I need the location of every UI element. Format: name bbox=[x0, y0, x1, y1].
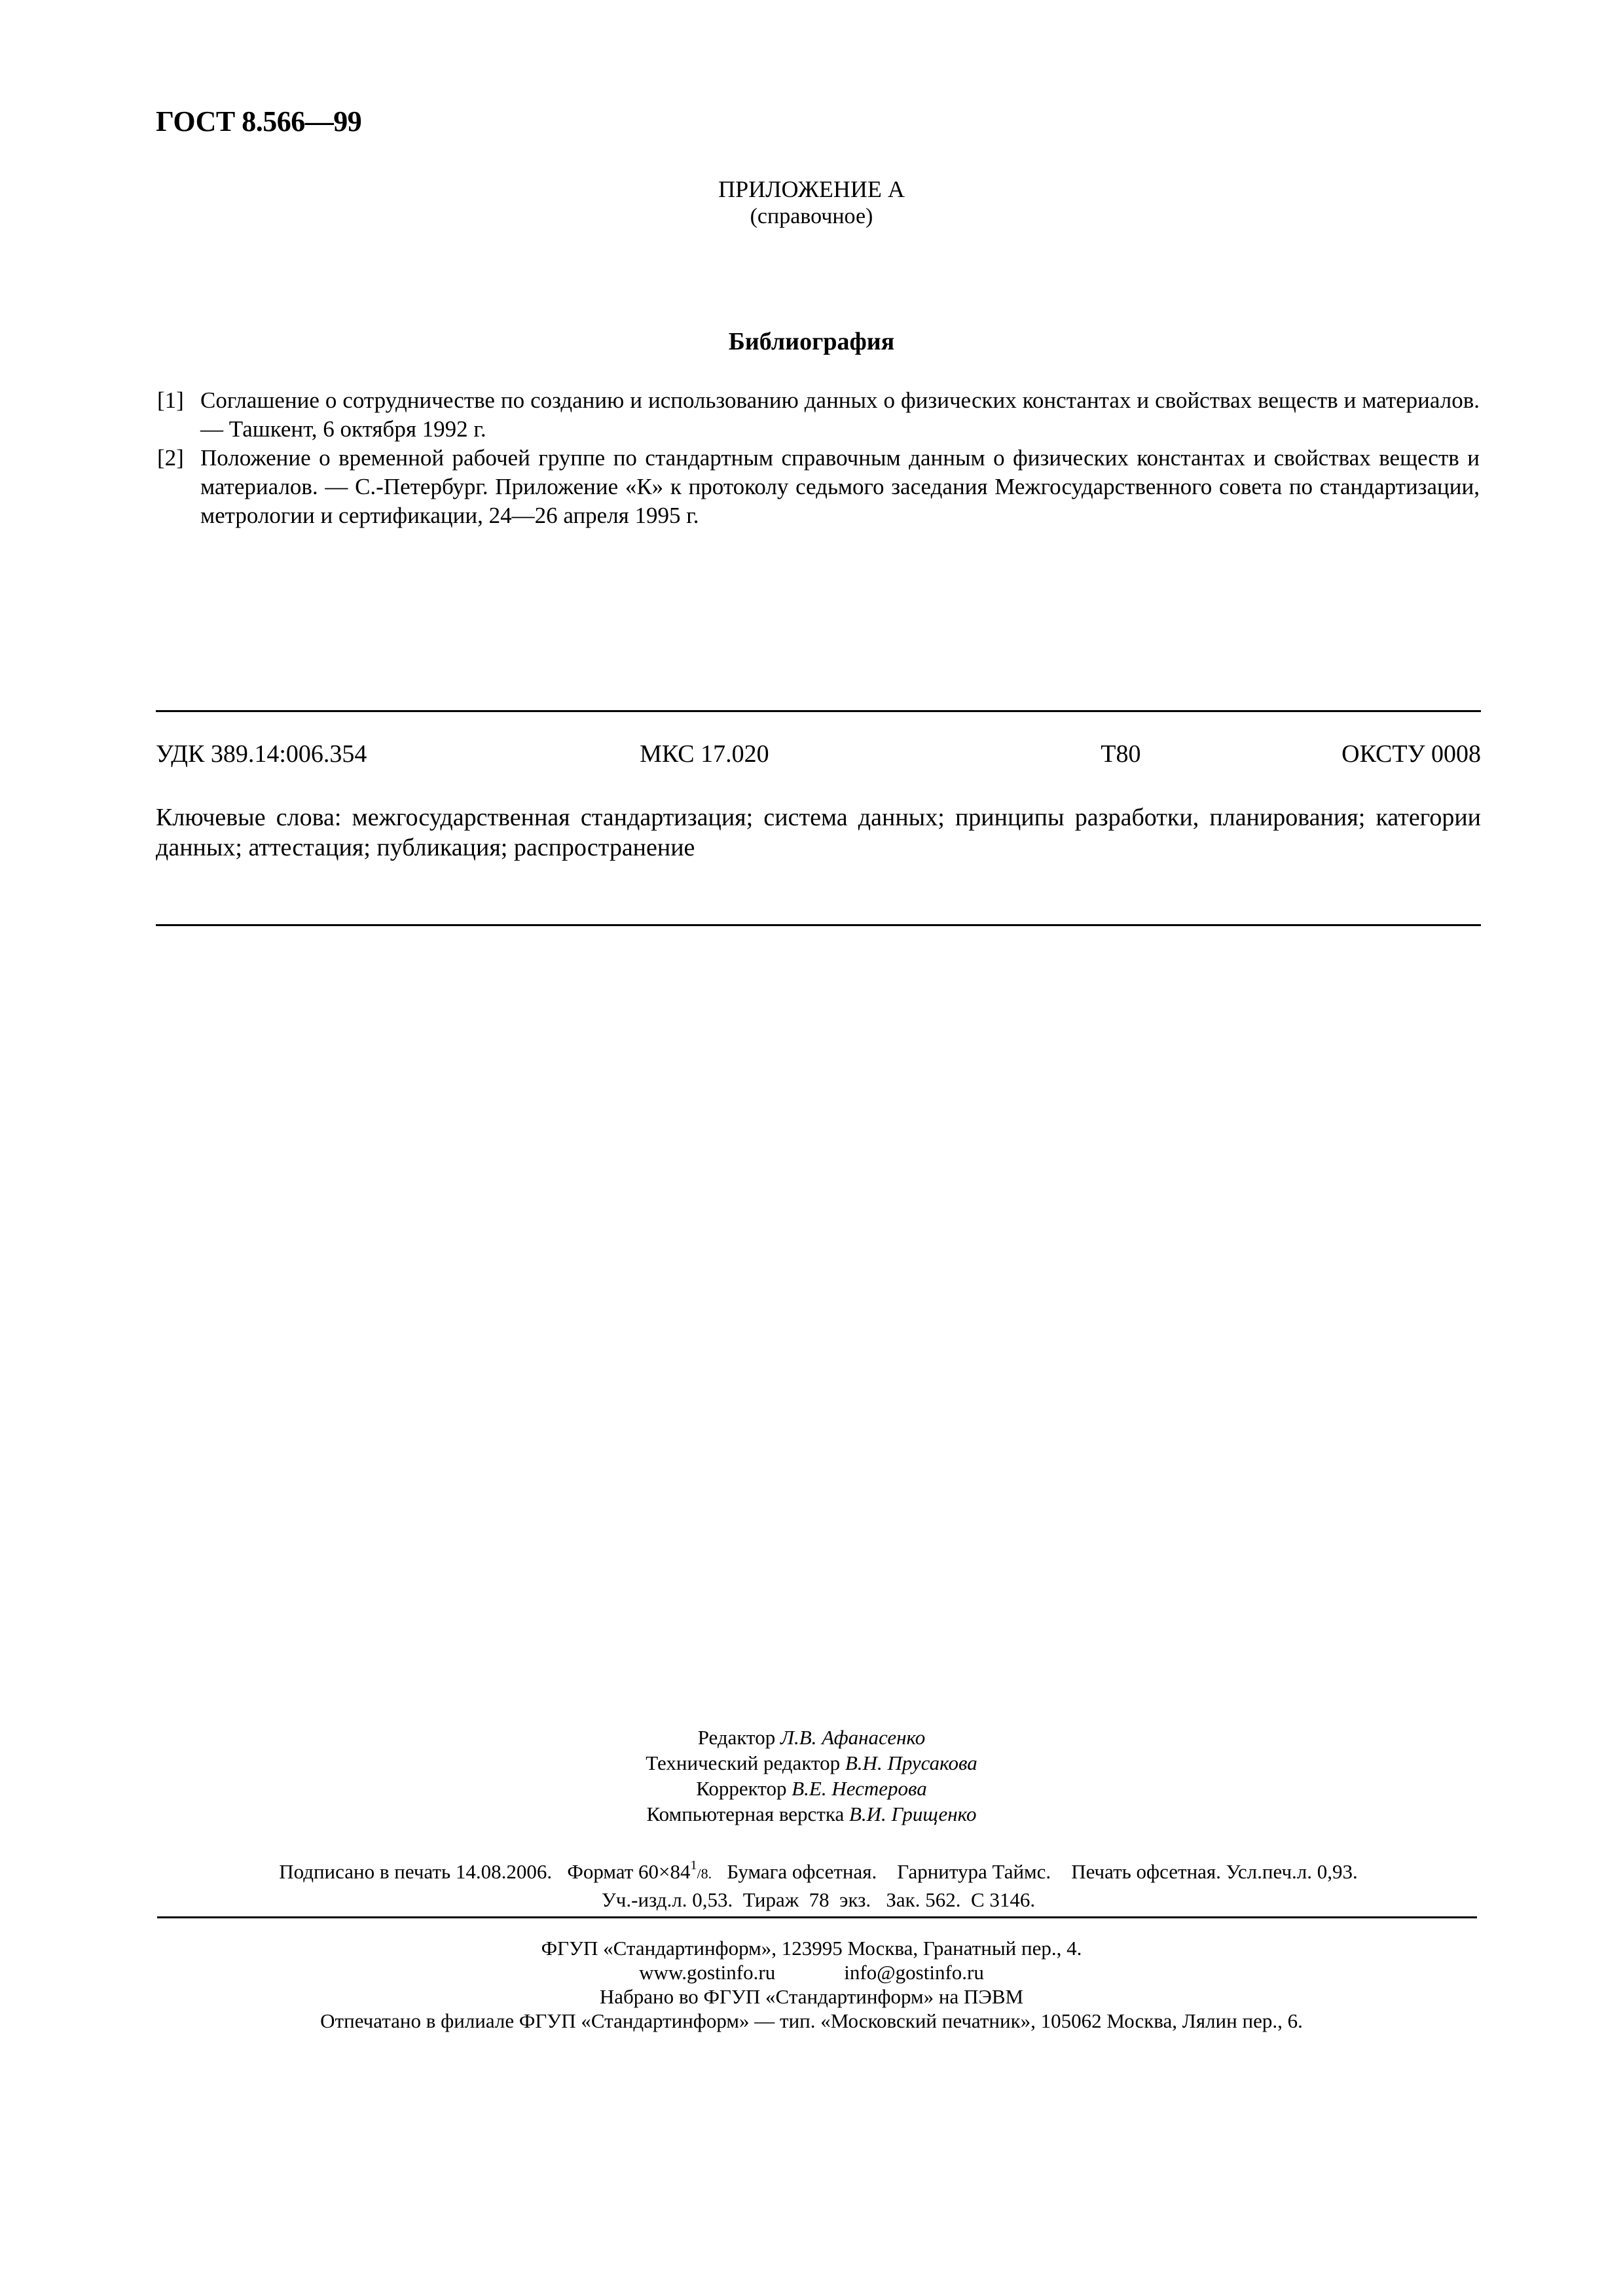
credit-role: Редактор bbox=[698, 1726, 776, 1749]
publisher-address: ФГУП «Стандартинформ», 123995 Москва, Гр… bbox=[0, 1936, 1623, 1960]
publication-line-2: Уч.-изд.л. 0,53. Тираж 78 экз. Зак. 562.… bbox=[156, 1887, 1481, 1913]
credit-name: Л.В. Афанасенко bbox=[780, 1726, 925, 1749]
classification-row: УДК 389.14:006.354 МКС 17.020 Т80 ОКСТУ … bbox=[156, 740, 1481, 768]
divider-top bbox=[156, 710, 1481, 712]
okstu-code: ОКСТУ 0008 bbox=[1341, 740, 1481, 768]
typeset-info: Набрано во ФГУП «Стандартинформ» на ПЭВМ bbox=[0, 1984, 1623, 2009]
publisher-info: ФГУП «Стандартинформ», 123995 Москва, Гр… bbox=[0, 1936, 1623, 2033]
keywords: Ключевые слова: межгосударственная станд… bbox=[156, 802, 1481, 863]
annex-title: ПРИЛОЖЕНИЕ А bbox=[0, 175, 1623, 203]
credit-editor: Редактор Л.В. Афанасенко bbox=[0, 1725, 1623, 1750]
bibliography-list: [1] Соглашение о сотрудничестве по созда… bbox=[157, 386, 1480, 530]
bibliography-item-text: Соглашение о сотрудничестве по созданию … bbox=[200, 386, 1480, 444]
credit-role: Технический редактор bbox=[646, 1751, 840, 1774]
credit-tech-editor: Технический редактор В.Н. Прусакова bbox=[0, 1750, 1623, 1776]
divider-bottom bbox=[156, 924, 1481, 926]
publisher-email[interactable]: info@gostinfo.ru bbox=[844, 1960, 984, 1984]
bibliography-item: [2] Положение о временной рабочей группе… bbox=[157, 444, 1480, 530]
credit-name: В.И. Грищенко bbox=[849, 1803, 976, 1825]
divider-footer bbox=[157, 1916, 1477, 1918]
credit-corrector: Корректор В.Е. Нестерова bbox=[0, 1776, 1623, 1801]
group-code: Т80 bbox=[1101, 740, 1140, 768]
printed-info: Отпечатано в филиале ФГУП «Стандартинфор… bbox=[0, 2009, 1623, 2033]
format-fraction-den: /8. bbox=[697, 1865, 712, 1882]
bibliography-item-number: [1] bbox=[157, 386, 200, 444]
format-fraction-num: 1 bbox=[691, 1858, 697, 1873]
typeface: Гарнитура Таймс. bbox=[897, 1860, 1051, 1883]
credit-name: В.Н. Прусакова bbox=[845, 1751, 977, 1774]
publisher-contacts: www.gostinfo.ruinfo@gostinfo.ru bbox=[0, 1960, 1623, 1984]
credit-role: Компьютерная верстка bbox=[647, 1803, 845, 1825]
print-info: Печать офсетная. Усл.печ.л. 0,93. bbox=[1071, 1860, 1358, 1883]
annex-subtitle: (справочное) bbox=[0, 204, 1623, 229]
bibliography-heading: Библиография bbox=[0, 327, 1623, 356]
bibliography-item-text: Положение о временной рабочей группе по … bbox=[200, 444, 1480, 530]
credit-role: Корректор bbox=[696, 1777, 786, 1800]
publisher-website[interactable]: www.gostinfo.ru bbox=[639, 1960, 775, 1984]
mks-code: МКС 17.020 bbox=[640, 740, 769, 768]
publication-line-1: Подписано в печать 14.08.2006. Формат 60… bbox=[156, 1852, 1481, 1887]
credit-name: В.Е. Нестерова bbox=[792, 1777, 927, 1800]
document-code: ГОСТ 8.566—99 bbox=[156, 105, 361, 138]
format: Формат 60×841/8. bbox=[567, 1860, 712, 1883]
bibliography-item-number: [2] bbox=[157, 444, 200, 530]
publication-info: Подписано в печать 14.08.2006. Формат 60… bbox=[156, 1852, 1481, 1913]
format-prefix: Формат 60×84 bbox=[567, 1860, 690, 1883]
credit-layout: Компьютерная верстка В.И. Грищенко bbox=[0, 1801, 1623, 1827]
bibliography-item: [1] Соглашение о сотрудничестве по созда… bbox=[157, 386, 1480, 444]
udk-code: УДК 389.14:006.354 bbox=[156, 740, 367, 768]
paper-type: Бумага офсетная. bbox=[727, 1860, 877, 1883]
signed-date: Подписано в печать 14.08.2006. bbox=[279, 1860, 552, 1883]
credits: Редактор Л.В. Афанасенко Технический ред… bbox=[0, 1725, 1623, 1827]
